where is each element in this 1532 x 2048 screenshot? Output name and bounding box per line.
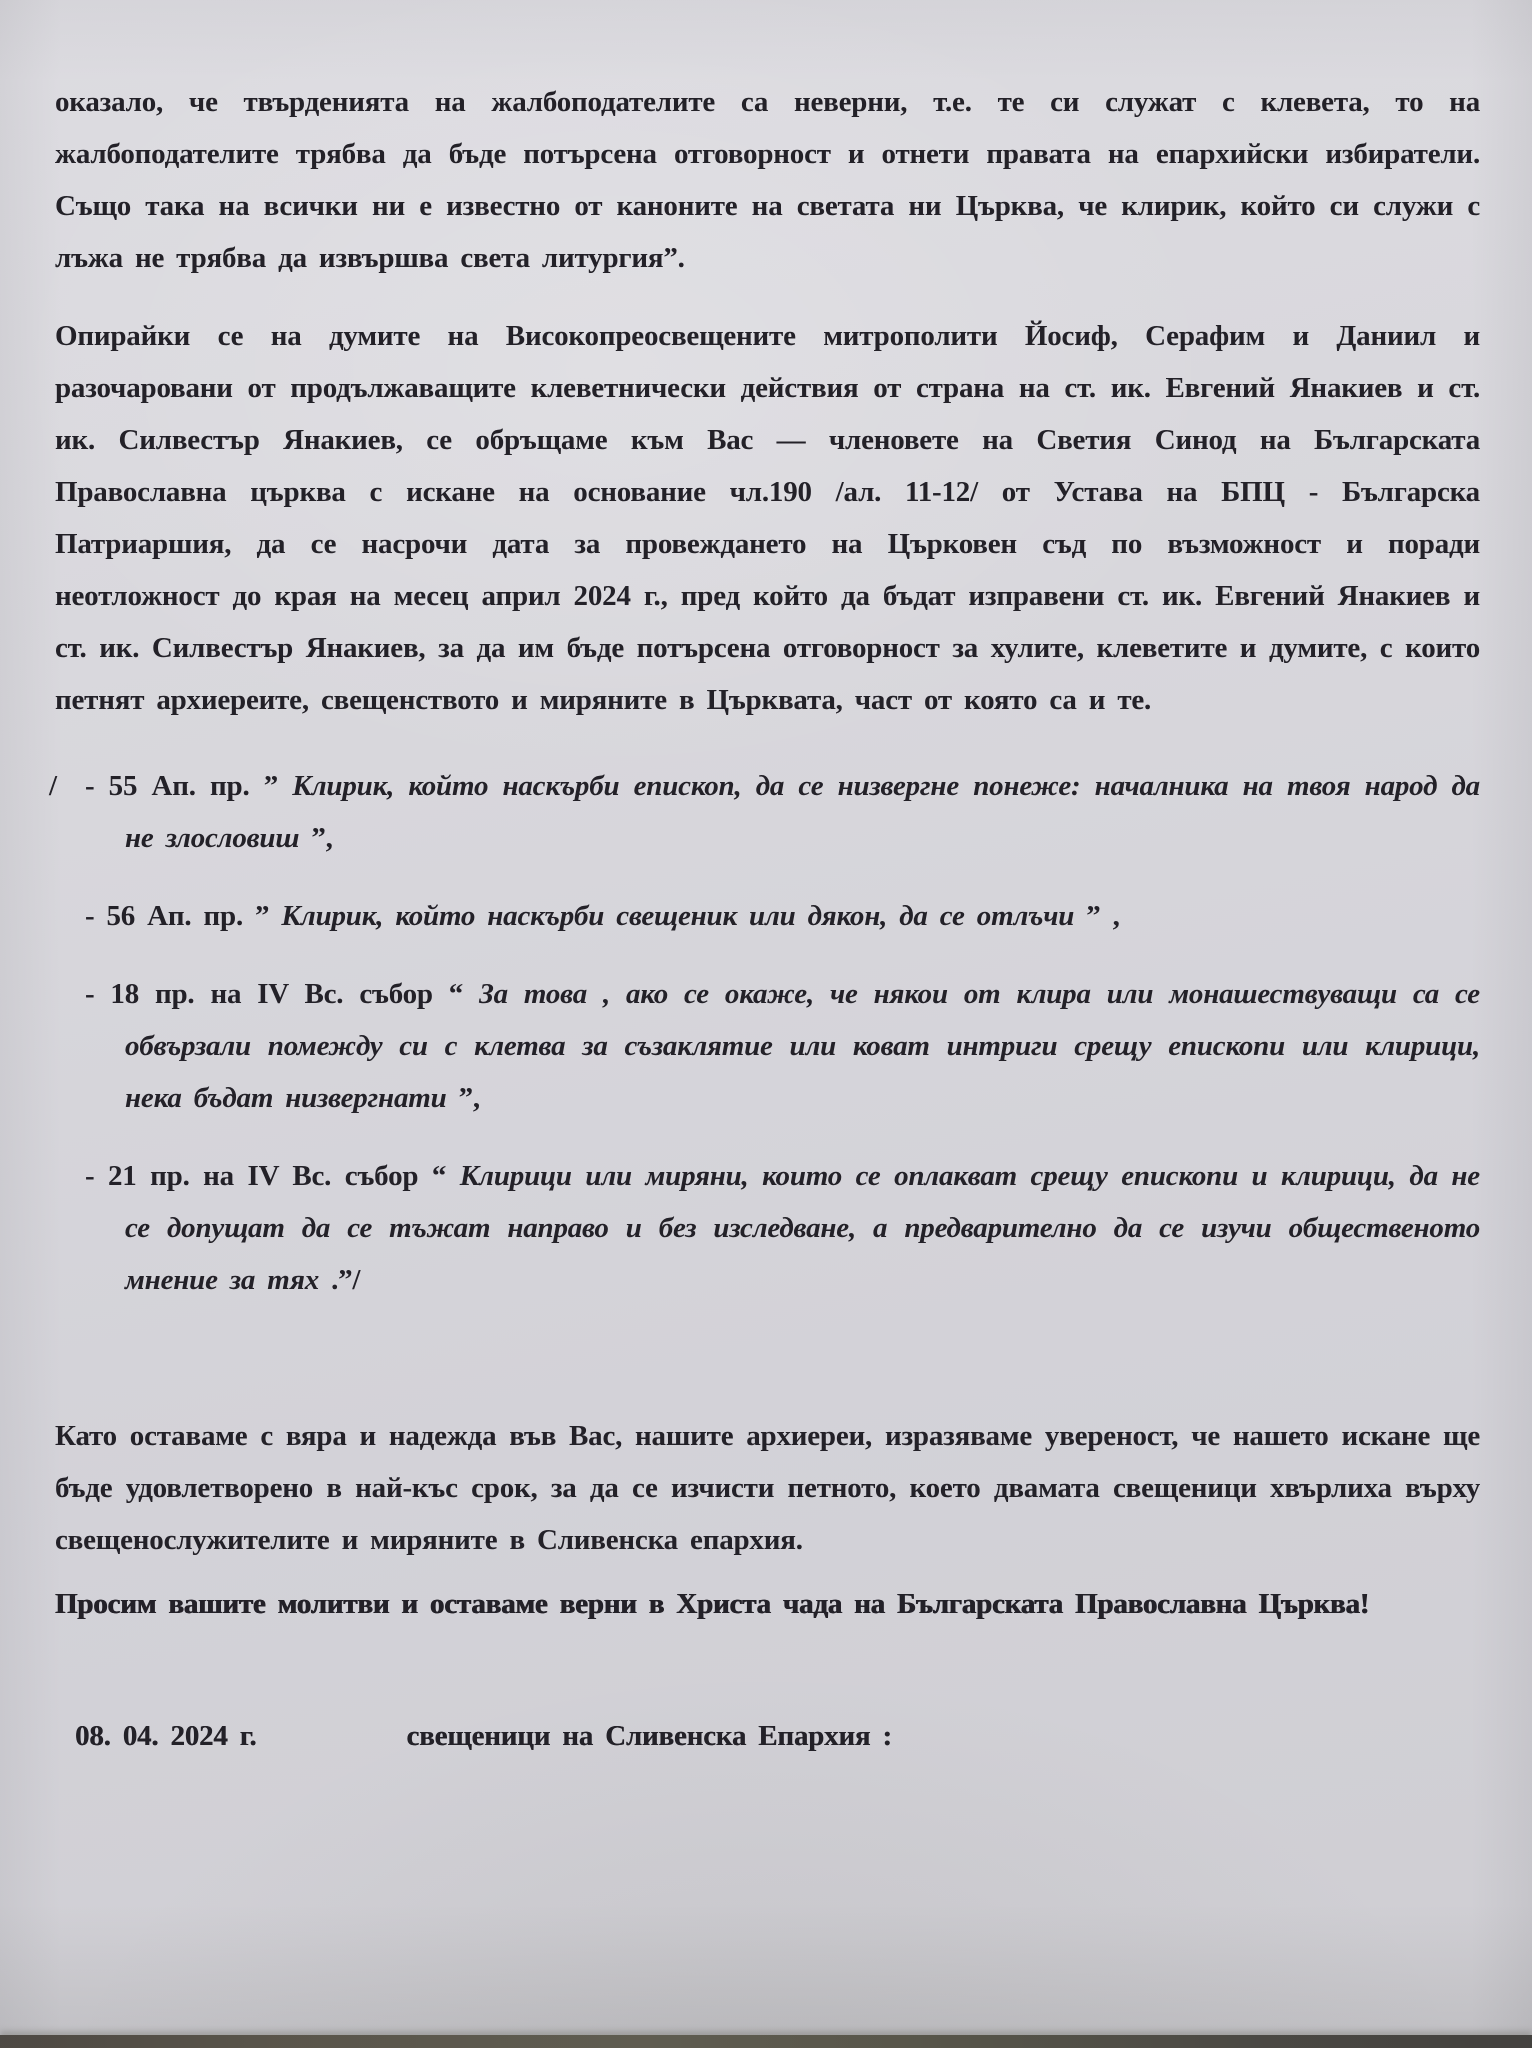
canon-reference: - 56 Ап. пр. ” [85, 900, 269, 932]
canon-reference: - 18 пр. на IV Вс. събор “ [85, 978, 463, 1010]
canon-citation-list: / - 55 Ап. пр. ” Клирик, който наскърби … [55, 760, 1480, 1306]
scanned-letter-page: оказало, че твърденията на жалбоподатели… [0, 0, 1532, 2048]
canon-open-slash: / [49, 760, 57, 812]
canon-quote-text: Клирик, който наскърби свещеник или дяко… [281, 900, 1074, 932]
paragraph-final-appeal: Просим вашите молитви и оставаме верни в… [55, 1578, 1480, 1630]
canon-reference: - 21 пр. на IV Вс. събор “ [85, 1160, 446, 1192]
paragraph-closing-hope: Като оставаме с вяра и надежда във Вас, … [55, 1410, 1480, 1566]
canon-item-56-apostolic: - 56 Ап. пр. ” Клирик, който наскърби св… [125, 890, 1480, 942]
canon-item-21-fourth-council: - 21 пр. на IV Вс. събор “ Клирици или м… [125, 1150, 1480, 1306]
canon-quote-close: ”, [311, 822, 332, 854]
paragraph-request-to-synod: Опирайки се на думите на Високопреосвеще… [55, 310, 1480, 726]
canon-quote-close: .”/ [331, 1264, 360, 1296]
canon-reference: - 55 Ап. пр. ” [85, 770, 278, 802]
canon-quote-close: ” , [1086, 900, 1119, 932]
letter-body: оказало, че твърденията на жалбоподатели… [0, 0, 1532, 1762]
letter-date: 08. 04. 2024 г. [75, 1710, 256, 1762]
photo-bottom-edge [0, 2035, 1532, 2048]
footer: 08. 04. 2024 г. свещеници на Сливенска Е… [55, 1710, 1480, 1762]
signature-line: свещеници на Сливенска Епархия : [406, 1710, 891, 1762]
canon-item-55-apostolic: / - 55 Ап. пр. ” Клирик, който наскърби … [125, 760, 1480, 864]
canon-item-18-fourth-council: - 18 пр. на IV Вс. събор “ За това , ако… [125, 968, 1480, 1124]
canon-quote-close: ”, [459, 1082, 480, 1114]
paragraph-accusation-consequence: оказало, че твърденията на жалбоподатели… [55, 76, 1480, 284]
